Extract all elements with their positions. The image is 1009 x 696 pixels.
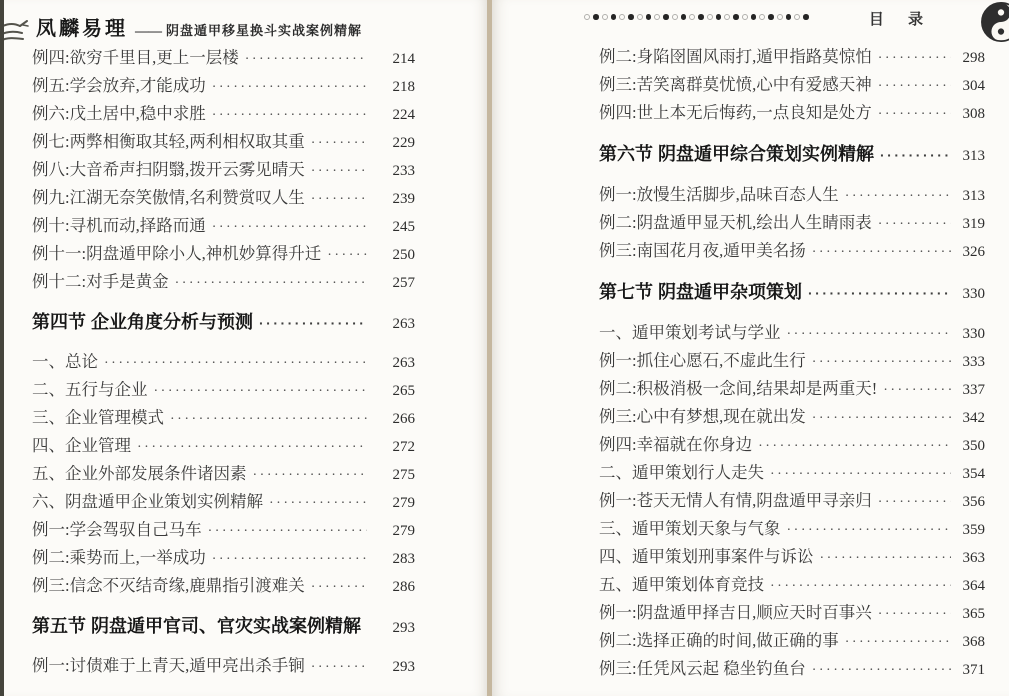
decor-dot bbox=[786, 14, 792, 20]
decor-dot bbox=[672, 14, 678, 20]
toc-page-number: 263 bbox=[371, 309, 415, 339]
decor-dot bbox=[663, 14, 669, 20]
decor-dot bbox=[584, 14, 590, 20]
toc-page-number: 275 bbox=[371, 461, 415, 489]
toc-page-number: 350 bbox=[951, 432, 985, 460]
toc-entry-title: 四、企业管理 bbox=[32, 432, 131, 460]
dot-leader bbox=[872, 601, 951, 629]
toc-entry-row: 二、五行与企业265 bbox=[32, 376, 415, 404]
toc-entry-row: 四、企业管理272 bbox=[32, 432, 415, 460]
decor-dot bbox=[689, 14, 695, 20]
toc-entry-row: 例三:南国花月夜,遁甲美名扬326 bbox=[599, 237, 985, 265]
dot-leader bbox=[206, 214, 367, 242]
toc-entry-row: 例一:苍天无情人有情,阴盘遁甲寻亲归356 bbox=[599, 487, 985, 515]
toc-section-row: 第五节 阴盘遁甲官司、官灾实战案例精解293 bbox=[32, 611, 415, 641]
toc-entry-row: 例六:戊土居中,稳中求胜224 bbox=[32, 100, 415, 128]
toc-page-number: 326 bbox=[951, 238, 985, 266]
toc-entry-row: 例一:讨债难于上青天,遁甲亮出杀手锏293 bbox=[32, 652, 415, 680]
toc-entry-title: 例三:信念不灭结奇缘,鹿鼎指引渡难关 bbox=[32, 572, 305, 600]
left-page: 凤麟易理 —— 阴盘遁甲移星换斗实战案例精解 例四:欲穷千里目,更上一层楼214… bbox=[0, 0, 487, 696]
decor-dot bbox=[646, 14, 652, 20]
dot-leader bbox=[806, 657, 951, 685]
toc-entry-row: 一、总论263 bbox=[32, 348, 415, 376]
toc-entry-title: 例九:江湖无奈笑傲情,名利赞赏叹人生 bbox=[32, 184, 305, 212]
dot-leader bbox=[239, 46, 367, 74]
toc-page-number: 337 bbox=[951, 376, 985, 404]
toc-page-number: 354 bbox=[951, 460, 985, 488]
toc-entry-row: 例二:乘势而上,一举成功283 bbox=[32, 544, 415, 572]
toc-page-number: 356 bbox=[951, 488, 985, 516]
dot-leader bbox=[263, 490, 367, 518]
decor-dot bbox=[794, 14, 800, 20]
toc-page-number: 368 bbox=[951, 628, 985, 656]
decor-dot bbox=[619, 14, 625, 20]
toc-entry-title: 例一:放慢生活脚步,品味百态人生 bbox=[599, 181, 839, 209]
dot-leader bbox=[247, 462, 368, 490]
toc-section-row: 第六节 阴盘遁甲综合策划实例精解313 bbox=[599, 139, 985, 169]
dot-leader bbox=[361, 612, 367, 642]
toc-entry-title: 例三:苦笑离群莫忧愤,心中有爱感天神 bbox=[599, 71, 872, 99]
toc-entry-title: 例三:心中有梦想,现在就出发 bbox=[599, 403, 806, 431]
toc-page-number: 279 bbox=[371, 517, 415, 545]
dot-leader bbox=[764, 573, 951, 601]
decor-dot bbox=[654, 14, 660, 20]
decor-dot bbox=[698, 14, 704, 20]
toc-entry-title: 例一:讨债难于上青天,遁甲亮出杀手锏 bbox=[32, 652, 305, 680]
toc-entry-row: 六、阴盘遁甲企业策划实例精解279 bbox=[32, 488, 415, 516]
toc-entry-row: 例一:阴盘遁甲择吉日,顺应天时百事兴365 bbox=[599, 599, 985, 627]
toc-entry-title: 例四:世上本无后悔药,一点良知是处方 bbox=[599, 99, 872, 127]
toc-entry-title: 第七节 阴盘遁甲杂项策划 bbox=[599, 277, 802, 307]
toc-entry-title: 例二:身陷囹圄风雨打,遁甲指路莫惊怕 bbox=[599, 43, 872, 71]
dot-leader bbox=[839, 183, 951, 211]
toc-entry-title: 例一:学会驾驭自己马车 bbox=[32, 516, 202, 544]
decorative-dots bbox=[584, 14, 809, 20]
toc-entry-row: 例五:学会放弃,才能成功218 bbox=[32, 72, 415, 100]
toc-page-number: 279 bbox=[371, 489, 415, 517]
dot-leader bbox=[321, 242, 367, 270]
toc-entry-title: 例一:阴盘遁甲择吉日,顺应天时百事兴 bbox=[599, 599, 872, 627]
toc-entry-row: 例七:两弊相衡取其轻,两利相权取其重229 bbox=[32, 128, 415, 156]
toc-entry-row: 例一:抓住心愿石,不虚此生行333 bbox=[599, 347, 985, 375]
toc-entry-row: 例十二:对手是黄金257 bbox=[32, 268, 415, 296]
dot-leader bbox=[781, 321, 952, 349]
toc-entry-title: 例十:寻机而动,择路而通 bbox=[32, 212, 206, 240]
toc-entry-title: 例十二:对手是黄金 bbox=[32, 268, 169, 296]
dot-leader bbox=[806, 239, 951, 267]
toc-entry-row: 例二:选择正确的时间,做正确的事368 bbox=[599, 627, 985, 655]
dot-leader bbox=[206, 546, 367, 574]
toc-entry-row: 例一:放慢生活脚步,品味百态人生313 bbox=[599, 181, 985, 209]
decor-dot bbox=[602, 14, 608, 20]
toc-entry-title: 二、遁甲策划行人走失 bbox=[599, 459, 764, 487]
toc-entry-title: 例一:苍天无情人有情,阴盘遁甲寻亲归 bbox=[599, 487, 872, 515]
toc-entry-row: 例四:幸福就在你身边350 bbox=[599, 431, 985, 459]
toc-page-number: 298 bbox=[951, 44, 985, 72]
toc-entry-row: 二、遁甲策划行人走失354 bbox=[599, 459, 985, 487]
toc-page-number: 283 bbox=[371, 545, 415, 573]
decor-dot bbox=[593, 14, 599, 20]
toc-page-number: 229 bbox=[371, 129, 415, 157]
right-page: 目 录 例二:身陷囹圄风雨打,遁甲指路莫惊怕298例三:苦笑离群莫忧愤,心中有爱… bbox=[492, 0, 1009, 696]
dot-leader bbox=[131, 434, 367, 462]
decor-dot bbox=[777, 14, 783, 20]
dot-leader bbox=[764, 461, 951, 489]
toc-entry-title: 例五:学会放弃,才能成功 bbox=[32, 72, 206, 100]
toc-entry-row: 例三:任凭风云起 稳坐钓鱼台371 bbox=[599, 655, 985, 683]
toc-entry-title: 例三:南国花月夜,遁甲美名扬 bbox=[599, 237, 806, 265]
toc-page-number: 313 bbox=[951, 182, 985, 210]
toc-entry-row: 例十:寻机而动,择路而通245 bbox=[32, 212, 415, 240]
decor-dot bbox=[707, 14, 713, 20]
dot-leader bbox=[206, 102, 367, 130]
dot-leader bbox=[877, 377, 951, 405]
toc-page-number: 313 bbox=[951, 141, 985, 171]
toc-entry-title: 六、阴盘遁甲企业策划实例精解 bbox=[32, 488, 263, 516]
toc-entry-row: 例四:欲穷千里目,更上一层楼214 bbox=[32, 44, 415, 72]
dot-leader bbox=[164, 406, 367, 434]
dot-leader bbox=[752, 433, 951, 461]
toc-page-number: 266 bbox=[371, 405, 415, 433]
left-page-header: 凤麟易理 —— 阴盘遁甲移星换斗实战案例精解 bbox=[0, 0, 487, 38]
toc-page-number: 342 bbox=[951, 404, 985, 432]
dot-leader bbox=[872, 45, 951, 73]
toc-entry-title: 例六:戊土居中,稳中求胜 bbox=[32, 100, 206, 128]
toc-page-number: 272 bbox=[371, 433, 415, 461]
toc-entry-row: 三、遁甲策划天象与气象359 bbox=[599, 515, 985, 543]
toc-entry-row: 例三:苦笑离群莫忧愤,心中有爱感天神304 bbox=[599, 71, 985, 99]
toc-page-number: 250 bbox=[371, 241, 415, 269]
dot-leader bbox=[305, 654, 367, 682]
dot-leader bbox=[206, 74, 367, 102]
toc-entry-title: 例八:大音希声扫阴翳,拨开云雾见晴天 bbox=[32, 156, 305, 184]
toc-entry-row: 例四:世上本无后悔药,一点良知是处方308 bbox=[599, 99, 985, 127]
toc-page-number: 239 bbox=[371, 185, 415, 213]
dot-leader bbox=[872, 211, 951, 239]
dot-leader bbox=[839, 629, 951, 657]
toc-page-number: 263 bbox=[371, 349, 415, 377]
toc-entry-row: 例三:信念不灭结奇缘,鹿鼎指引渡难关286 bbox=[32, 572, 415, 600]
toc-page-number: 330 bbox=[951, 279, 985, 309]
toc-page-number: 304 bbox=[951, 72, 985, 100]
toc-entry-row: 五、遁甲策划体育竞技364 bbox=[599, 571, 985, 599]
toc-page-number: 233 bbox=[371, 157, 415, 185]
toc-entry-row: 一、遁甲策划考试与学业330 bbox=[599, 319, 985, 347]
toc-entry-title: 五、企业外部发展条件诸因素 bbox=[32, 460, 247, 488]
decor-dot bbox=[733, 14, 739, 20]
dot-leader bbox=[305, 186, 367, 214]
toc-page-number: 359 bbox=[951, 516, 985, 544]
toc-entry-title: 例四:欲穷千里目,更上一层楼 bbox=[32, 44, 239, 72]
dot-leader bbox=[305, 130, 367, 158]
toc-entry-title: 例四:幸福就在你身边 bbox=[599, 431, 752, 459]
decor-dot bbox=[742, 14, 748, 20]
phoenix-logo-icon bbox=[0, 16, 31, 51]
toc-page-number: 265 bbox=[371, 377, 415, 405]
decor-dot bbox=[768, 14, 774, 20]
toc-entry-title: 一、遁甲策划考试与学业 bbox=[599, 319, 781, 347]
dot-leader bbox=[253, 308, 367, 338]
dot-leader bbox=[872, 489, 951, 517]
toc-entry-title: 例二:乘势而上,一举成功 bbox=[32, 544, 206, 572]
decor-dot bbox=[724, 14, 730, 20]
toc-page-number: 371 bbox=[951, 656, 985, 684]
toc-entry-title: 五、遁甲策划体育竞技 bbox=[599, 571, 764, 599]
toc-entry-title: 三、遁甲策划天象与气象 bbox=[599, 515, 781, 543]
toc-entry-row: 例九:江湖无奈笑傲情,名利赞赏叹人生239 bbox=[32, 184, 415, 212]
toc-entry-title: 例十一:阴盘遁甲除小人,神机妙算得升迁 bbox=[32, 240, 321, 268]
toc-entry-row: 四、遁甲策划刑事案件与诉讼363 bbox=[599, 543, 985, 571]
toc-entry-title: 例二:阴盘遁甲显天机,绘出人生睛雨表 bbox=[599, 209, 872, 237]
dot-leader bbox=[148, 378, 368, 406]
toc-page-number: 330 bbox=[951, 320, 985, 348]
book-edge bbox=[0, 0, 4, 696]
toc-entry-title: 例二:选择正确的时间,做正确的事 bbox=[599, 627, 839, 655]
toc-entry-title: 第四节 企业角度分析与预测 bbox=[32, 307, 253, 337]
toc-section-row: 第七节 阴盘遁甲杂项策划330 bbox=[599, 277, 985, 307]
toc-section-row: 第四节 企业角度分析与预测263 bbox=[32, 307, 415, 337]
dot-leader bbox=[202, 518, 367, 546]
book-spread: 凤麟易理 —— 阴盘遁甲移星换斗实战案例精解 例四:欲穷千里目,更上一层楼214… bbox=[0, 0, 1009, 696]
toc-entry-title: 第五节 阴盘遁甲官司、官灾实战案例精解 bbox=[32, 611, 361, 641]
toc-page-number: 308 bbox=[951, 100, 985, 128]
toc-entry-title: 例七:两弊相衡取其轻,两利相权取其重 bbox=[32, 128, 305, 156]
toc-entry-title: 例一:抓住心愿石,不虚此生行 bbox=[599, 347, 806, 375]
toc-page-number: 257 bbox=[371, 269, 415, 297]
yinyang-icon bbox=[980, 1, 1009, 43]
toc-entry-row: 五、企业外部发展条件诸因素275 bbox=[32, 460, 415, 488]
toc-page-number: 333 bbox=[951, 348, 985, 376]
toc-page-number: 214 bbox=[371, 45, 415, 73]
toc-entry-row: 例十一:阴盘遁甲除小人,神机妙算得升迁250 bbox=[32, 240, 415, 268]
decor-dot bbox=[759, 14, 765, 20]
dot-leader bbox=[872, 73, 951, 101]
toc-page-number: 286 bbox=[371, 573, 415, 601]
toc-page-number: 364 bbox=[951, 572, 985, 600]
dot-leader bbox=[814, 545, 952, 573]
dot-leader bbox=[781, 517, 952, 545]
toc-entry-title: 第六节 阴盘遁甲综合策划实例精解 bbox=[599, 139, 874, 169]
dot-leader bbox=[98, 350, 367, 378]
decor-dot bbox=[716, 14, 722, 20]
toc-entry-title: 三、企业管理模式 bbox=[32, 404, 164, 432]
toc-entry-row: 例二:积极消极一念间,结果却是两重天!337 bbox=[599, 375, 985, 403]
decor-dot bbox=[611, 14, 617, 20]
dot-leader bbox=[806, 349, 951, 377]
toc-entry-title: 例二:积极消极一念间,结果却是两重天! bbox=[599, 375, 877, 403]
book-title: 凤麟易理 bbox=[36, 12, 128, 41]
decor-dot bbox=[751, 14, 757, 20]
toc-entry-row: 例八:大音希声扫阴翳,拨开云雾见晴天233 bbox=[32, 156, 415, 184]
decor-dot bbox=[628, 14, 634, 20]
toc-entry-title: 例三:任凭风云起 稳坐钓鱼台 bbox=[599, 655, 806, 683]
toc-list-left: 例四:欲穷千里目,更上一层楼214例五:学会放弃,才能成功218例六:戊土居中,… bbox=[32, 44, 415, 680]
toc-list-right: 例二:身陷囹圄风雨打,遁甲指路莫惊怕298例三:苦笑离群莫忧愤,心中有爱感天神3… bbox=[599, 43, 985, 683]
toc-entry-row: 三、企业管理模式266 bbox=[32, 404, 415, 432]
toc-entry-row: 例二:阴盘遁甲显天机,绘出人生睛雨表319 bbox=[599, 209, 985, 237]
dot-leader bbox=[169, 270, 367, 298]
toc-page-number: 319 bbox=[951, 210, 985, 238]
dot-leader bbox=[305, 158, 367, 186]
page-gutter bbox=[487, 0, 492, 696]
toc-header-label: 目 录 bbox=[869, 8, 933, 29]
decor-dot bbox=[637, 14, 643, 20]
decor-dot bbox=[803, 14, 809, 20]
toc-entry-title: 四、遁甲策划刑事案件与诉讼 bbox=[599, 543, 814, 571]
toc-page-number: 293 bbox=[371, 613, 415, 643]
toc-entry-row: 例一:学会驾驭自己马车279 bbox=[32, 516, 415, 544]
book-subtitle: 阴盘遁甲移星换斗实战案例精解 bbox=[166, 20, 362, 39]
title-dash: —— bbox=[135, 24, 161, 40]
toc-entry-row: 例二:身陷囹圄风雨打,遁甲指路莫惊怕298 bbox=[599, 43, 985, 71]
right-page-header: 目 录 bbox=[492, 0, 1009, 34]
dot-leader bbox=[872, 101, 951, 129]
dot-leader bbox=[806, 405, 951, 433]
toc-entry-title: 一、总论 bbox=[32, 348, 98, 376]
toc-entry-row: 例三:心中有梦想,现在就出发342 bbox=[599, 403, 985, 431]
toc-page-number: 365 bbox=[951, 600, 985, 628]
dot-leader bbox=[305, 574, 367, 602]
dot-leader bbox=[802, 278, 951, 308]
toc-page-number: 245 bbox=[371, 213, 415, 241]
toc-page-number: 293 bbox=[371, 653, 415, 681]
decor-dot bbox=[681, 14, 687, 20]
toc-page-number: 363 bbox=[951, 544, 985, 572]
toc-entry-title: 二、五行与企业 bbox=[32, 376, 148, 404]
toc-page-number: 224 bbox=[371, 101, 415, 129]
dot-leader bbox=[874, 140, 951, 170]
toc-page-number: 218 bbox=[371, 73, 415, 101]
